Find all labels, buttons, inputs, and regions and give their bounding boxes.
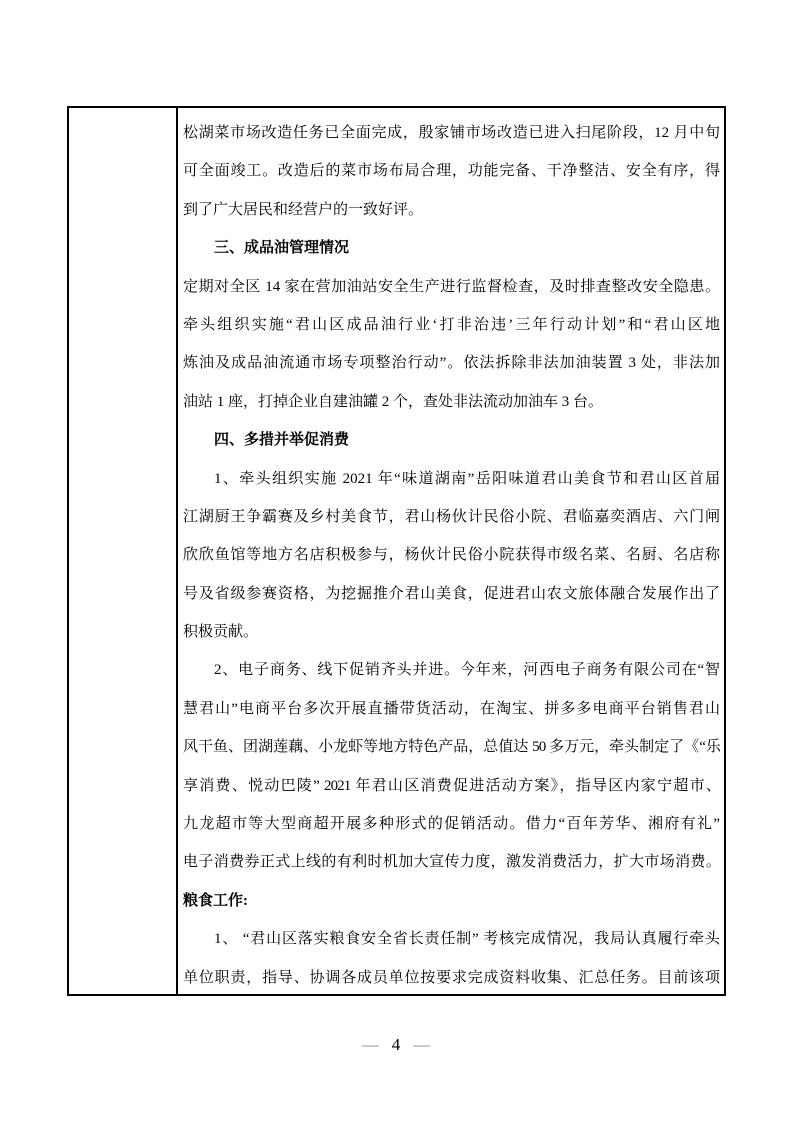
text-line: 牵头组织实施“君山区成品油行业‘打非治违’三年行动计划”和“君山区地 bbox=[183, 306, 720, 344]
table-content-cell: 松湖菜市场改造任务已全面完成，殷家铺市场改造已进入扫尾阶段，12 月中旬可全面竣… bbox=[178, 108, 724, 994]
text-line: 享消费、悦动巴陵” 2021 年君山区消费促进活动方案》，指导区内家宁超市、 bbox=[183, 767, 720, 805]
document-page: { "table": { "label_cell": "", "lines": … bbox=[0, 0, 793, 1122]
page-number: 4 bbox=[380, 1035, 414, 1054]
text-line: 松湖菜市场改造任务已全面完成，殷家铺市场改造已进入扫尾阶段，12 月中旬 bbox=[183, 114, 720, 152]
text-line: 三、成品油管理情况 bbox=[183, 229, 720, 267]
text-line: 积极贡献。 bbox=[183, 613, 720, 651]
text-line: 炼油及成品油流通市场专项整治行动”。依法拆除非法加油装置 3 处，非法加 bbox=[183, 344, 720, 382]
text-line: 粮食工作: bbox=[183, 882, 720, 920]
text-line: 风干鱼、团湖莲藕、小龙虾等地方特色产品，总值达 50 多万元，牵头制定了《“乐 bbox=[183, 728, 720, 766]
text-line: 到了广大居民和经营户的一致好评。 bbox=[183, 191, 720, 229]
text-line: 欣欣鱼馆等地方名店积极参与，杨伙计民俗小院获得市级名菜、名厨、名店称 bbox=[183, 536, 720, 574]
text-line: 可全面竣工。改造后的菜市场布局合理，功能完备、干净整洁、安全有序，得 bbox=[183, 152, 720, 190]
text-line: 九龙超市等大型商超开展多种形式的促销活动。借力“百年芳华、湘府有礼” bbox=[183, 805, 720, 843]
text-line: 江湖厨王争霸赛及乡村美食节，君山杨伙计民俗小院、君临嘉奕酒店、六门闸 bbox=[183, 498, 720, 536]
text-line: 2、电子商务、线下促销齐头并进。今年来，河西电子商务有限公司在“智 bbox=[183, 651, 720, 689]
page-footer: —4— bbox=[0, 1035, 793, 1055]
text-line: 油站 1 座，打掉企业自建油罐 2 个，查处非法流动加油车 3 台。 bbox=[183, 383, 720, 421]
text-line: 号及省级参赛资格，为挖掘推介君山美食，促进君山农文旅体融合发展作出了 bbox=[183, 575, 720, 613]
text-line: 慧君山”电商平台多次开展直播带货活动，在淘宝、拼多多电商平台销售君山 bbox=[183, 690, 720, 728]
footer-dash-left: — bbox=[362, 1035, 380, 1054]
text-line: 四、多措并举促消费 bbox=[183, 421, 720, 459]
table-label-cell bbox=[69, 108, 178, 994]
text-line: 1、 “君山区落实粮食安全省长责任制” 考核完成情况，我局认真履行牵头 bbox=[183, 920, 720, 958]
text-line: 电子消费券正式上线的有利时机加大宣传力度，激发消费活力，扩大市场消费。 bbox=[183, 843, 720, 881]
text-line: 单位职责，指导、协调各成员单位按要求完成资料收集、汇总任务。目前该项 bbox=[183, 959, 720, 994]
report-table: 松湖菜市场改造任务已全面完成，殷家铺市场改造已进入扫尾阶段，12 月中旬可全面竣… bbox=[67, 106, 726, 996]
text-line: 定期对全区 14 家在营加油站安全生产进行监督检查，及时排查整改安全隐患。 bbox=[183, 268, 720, 306]
footer-dash-right: — bbox=[413, 1035, 431, 1054]
text-line: 1、牵头组织实施 2021 年“味道湖南”岳阳味道君山美食节和君山区首届 bbox=[183, 460, 720, 498]
